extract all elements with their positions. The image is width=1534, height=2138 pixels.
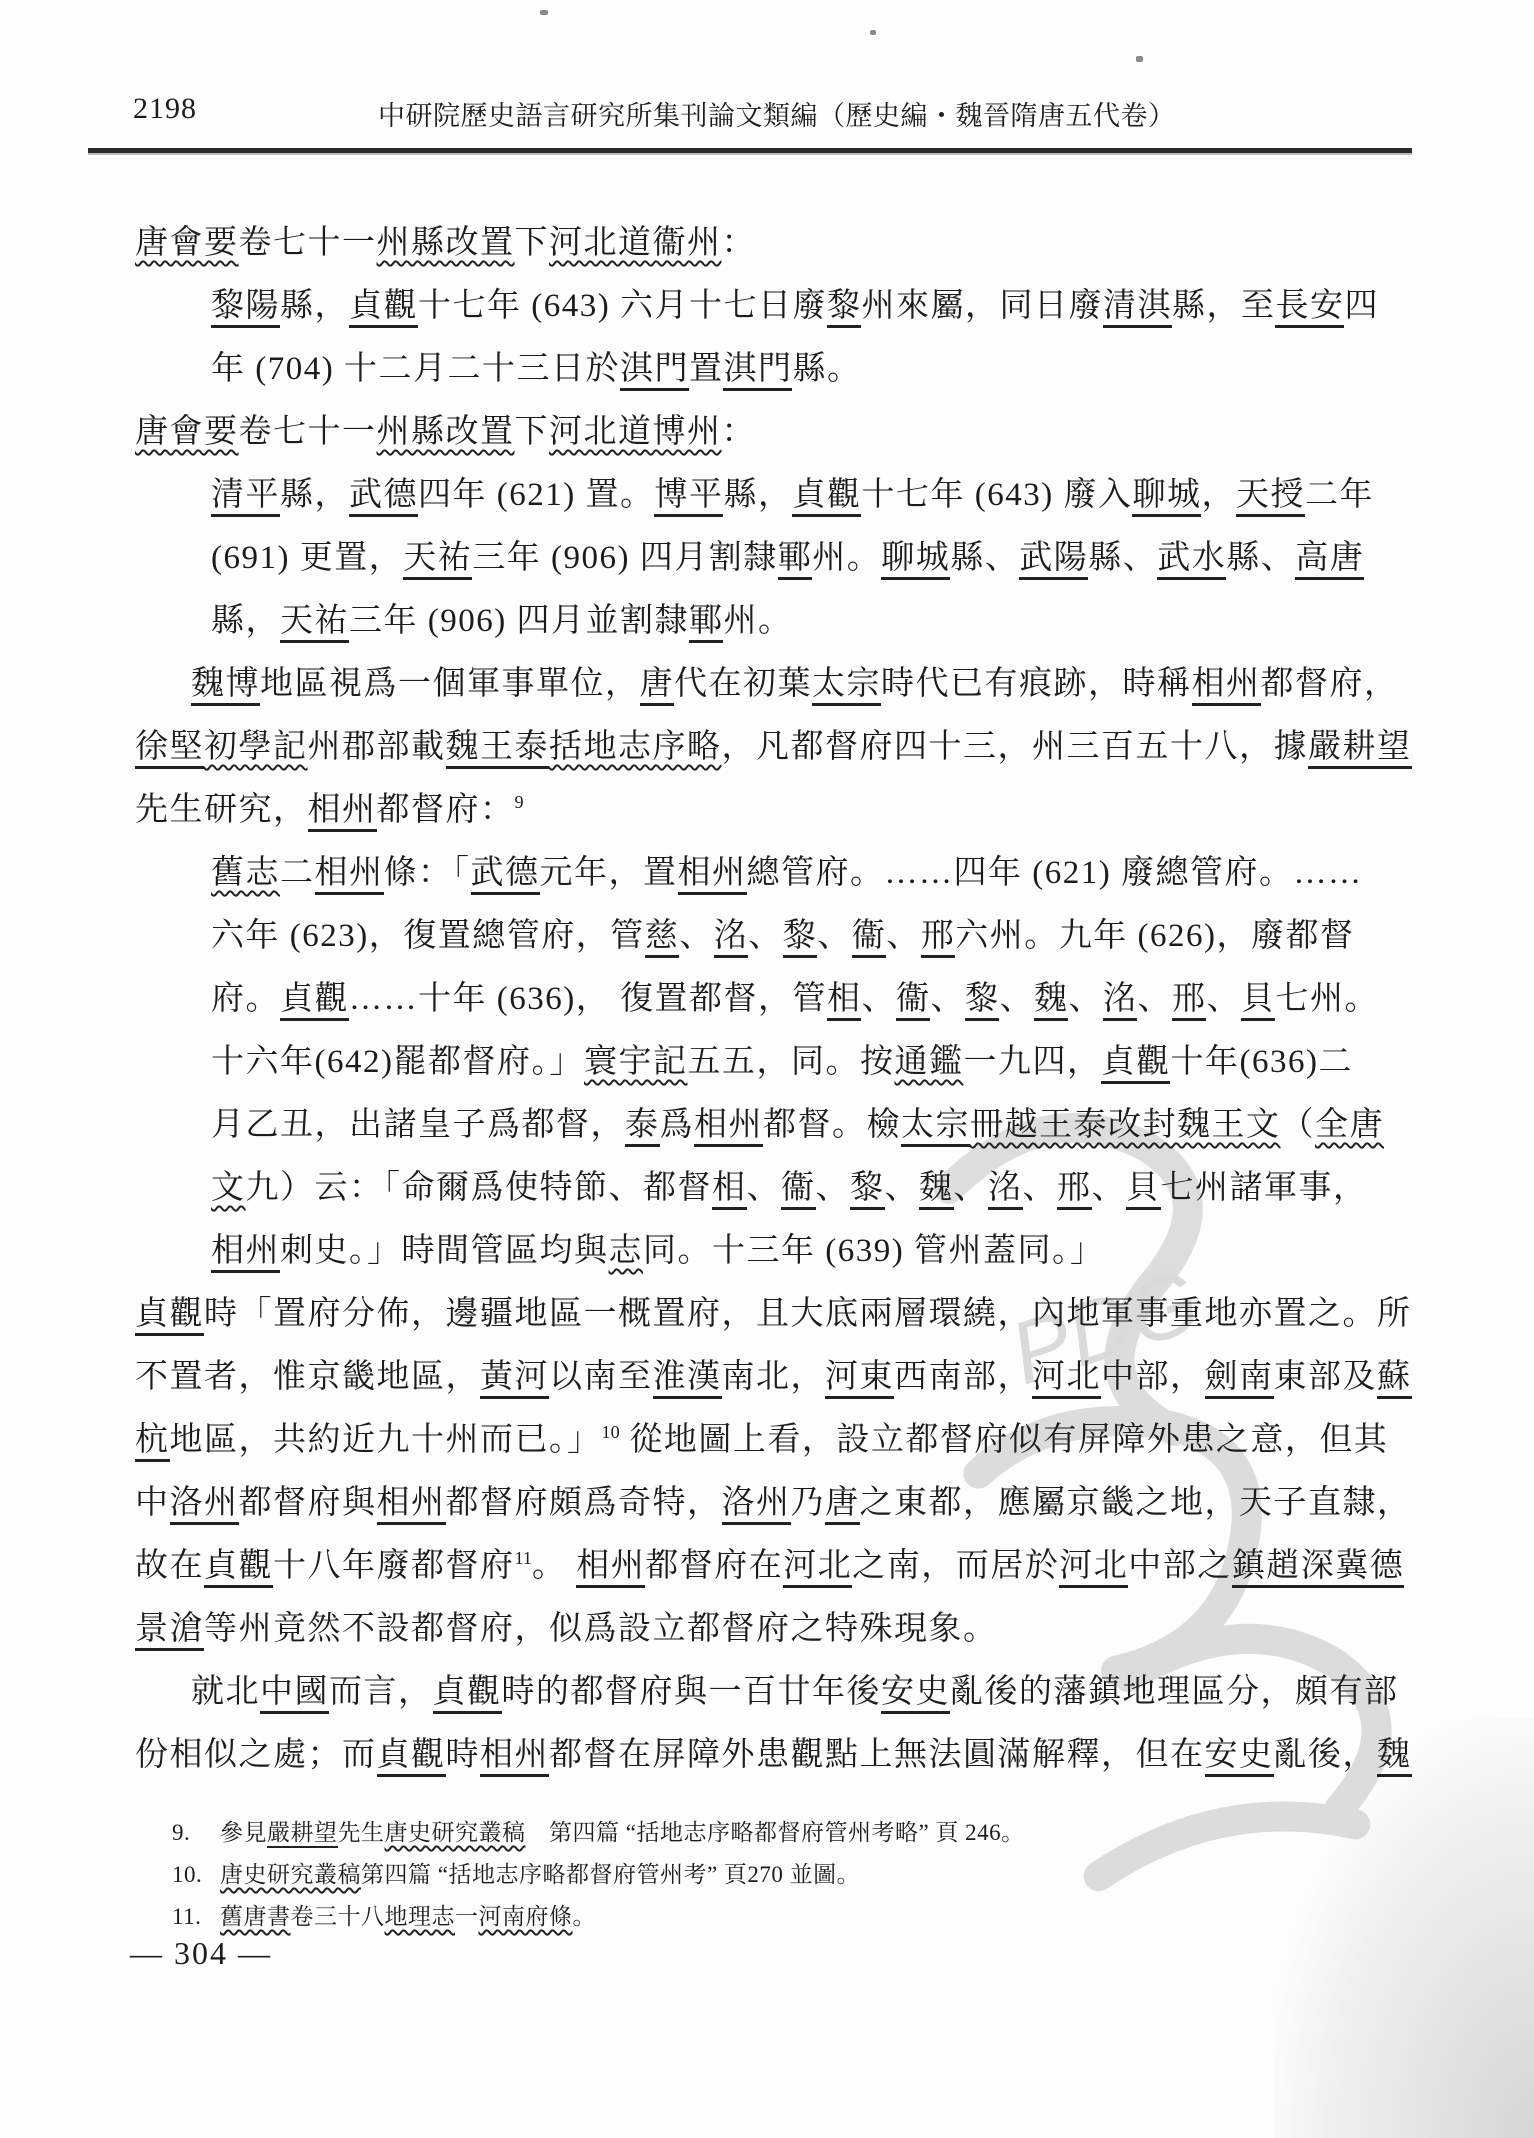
proper-noun: 中國	[260, 1674, 329, 1714]
proper-noun: 舊志	[211, 855, 280, 891]
text-run: 縣、	[950, 540, 1019, 576]
text-line: 魏博地區視爲一個軍事單位，唐代在初葉太宗時代已有痕跡，時稱相州都督府，	[135, 653, 1425, 716]
proper-noun: 博平	[654, 477, 723, 517]
text-run: 亂後的藩鎮地理區分，頗有部	[950, 1674, 1399, 1710]
proper-noun: 邢	[921, 918, 956, 958]
proper-noun: 衞	[781, 1170, 816, 1210]
proper-noun: 通鑑	[894, 1044, 963, 1080]
proper-noun: 寰宇記	[584, 1044, 688, 1080]
proper-noun: 相州	[576, 1548, 645, 1588]
proper-noun: 貞觀	[377, 1737, 446, 1777]
text-run: 縣、	[1226, 540, 1295, 576]
text-run: 等州竟然不設都督府，似爲設立都督府之特殊現象。	[204, 1611, 998, 1647]
footnote-text: 唐史研究叢稿第四篇 “括地志序略都督府管州考” 頁270 並圖。	[220, 1854, 860, 1896]
proper-noun: 清平	[211, 477, 280, 517]
text-run: 縣。	[792, 351, 861, 387]
text-line: 府。貞觀……十年 (636)， 復置都督，管相、衞、黎、魏、洺、邢、貝七州。	[135, 968, 1425, 1031]
text-run: 下	[515, 414, 550, 450]
proper-noun: 貞觀	[1101, 1044, 1170, 1084]
proper-noun: 清淇	[1103, 288, 1172, 328]
journal-title: 中研院歷史語言研究所集刊論文類編（歷史編・魏晉隋唐五代卷）	[378, 94, 1176, 133]
text-line: 杭地區，共約近九十州而已。」10 從地圖上看，設立都督府似有屏障外患之意，但其	[135, 1409, 1425, 1472]
proper-noun: 唐	[640, 666, 675, 706]
proper-noun: 相州	[211, 1233, 280, 1273]
proper-noun: 相州	[308, 792, 377, 832]
text-run: 置	[689, 351, 724, 387]
proper-noun: 貝	[1126, 1170, 1161, 1210]
proper-noun: 洺	[1103, 981, 1138, 1021]
proper-noun: 蘇	[1377, 1359, 1412, 1399]
scan-speck	[870, 30, 876, 35]
proper-noun: 全唐	[1315, 1107, 1384, 1143]
text-run: 亂後，	[1274, 1737, 1378, 1773]
proper-noun: 貞觀	[204, 1548, 273, 1588]
text-run: 、	[954, 1170, 989, 1206]
text-run: 三年 (906) 四月並割隸	[349, 603, 689, 639]
proper-noun: 黎	[827, 288, 862, 328]
text-line: 舊志二相州條：「武德元年，置相州總管府。……四年 (621) 廢總管府。……	[135, 842, 1425, 905]
text-line: 唐會要卷七十一州縣改置下河北道博州：	[135, 401, 1425, 464]
proper-noun: 貞觀	[280, 981, 349, 1021]
text-run: 總管府。……四年 (621) 廢總管府。……	[747, 855, 1363, 891]
text-run: 二年	[1305, 477, 1374, 513]
text-run: 東部及	[1274, 1359, 1378, 1395]
text-run: 刺史。」時間管區均與	[280, 1233, 609, 1269]
proper-noun: 州縣改置	[377, 414, 515, 450]
proper-noun: 文	[211, 1170, 246, 1206]
proper-noun: 武德	[471, 855, 540, 895]
proper-noun: 唐史研究叢稿	[385, 1820, 526, 1845]
proper-noun: 河北	[1059, 1548, 1128, 1588]
proper-noun: 相	[827, 981, 862, 1021]
proper-noun: 舊唐書	[220, 1904, 291, 1929]
text-run: 元年，置	[540, 855, 678, 891]
text-run: 不置者，惟京畿地區，	[135, 1359, 480, 1395]
text-run: 、	[885, 1170, 920, 1206]
proper-noun: 聊城	[1132, 477, 1201, 517]
proper-noun: 衞	[852, 918, 887, 958]
proper-noun: 淇門	[723, 351, 792, 391]
text-run: 、	[748, 918, 783, 954]
footnote-marker: 9	[515, 792, 524, 812]
text-run: ：	[722, 225, 757, 261]
text-run: 同。十三年 (639) 管州蓋同。」	[643, 1233, 1104, 1269]
proper-noun: 唐史研究叢稿	[220, 1862, 361, 1887]
text-run: 爲	[660, 1107, 695, 1143]
text-run: 故在	[135, 1548, 204, 1584]
text-run: 就北	[191, 1674, 260, 1710]
text-run: 都督府，	[1261, 666, 1399, 702]
text-run: 西南部，	[894, 1359, 1032, 1395]
text-run: 都督府在	[645, 1548, 783, 1584]
footnote: 10.唐史研究叢稿第四篇 “括地志序略都督府管州考” 頁270 並圖。	[172, 1854, 1372, 1896]
proper-noun: 初學記	[204, 729, 308, 765]
proper-noun: 劍南	[1205, 1359, 1274, 1399]
text-line: 清平縣，武德四年 (621) 置。博平縣，貞觀十七年 (643) 廢入聊城，天授…	[135, 464, 1425, 527]
text-run: 州。	[812, 540, 881, 576]
text-run: 乃	[791, 1485, 826, 1521]
proper-noun: 黎陽	[211, 288, 280, 328]
text-run: 、	[861, 981, 896, 1017]
text-run: 、	[1206, 981, 1241, 1017]
proper-noun: 相州	[480, 1737, 549, 1777]
proper-noun: 鄆	[778, 540, 813, 580]
proper-noun: 慈	[645, 918, 680, 958]
proper-noun: 貞觀	[349, 288, 418, 328]
text-line: (691) 更置，天祐三年 (906) 四月割隸鄆州。聊城縣、武陽縣、武水縣、高…	[135, 527, 1425, 590]
text-run: 份相似之處；而	[135, 1737, 377, 1773]
proper-noun: 黎	[965, 981, 1000, 1021]
text-run: 四年 (621) 置。	[418, 477, 654, 513]
proper-noun: 鎮趙深冀德	[1232, 1548, 1405, 1588]
text-run: (691) 更置，	[211, 540, 403, 576]
text-run: 。	[573, 1904, 597, 1929]
text-run: ，	[1201, 477, 1236, 513]
text-run: 年 (704) 十二月二十三日於	[211, 351, 620, 387]
text-run: 都督府與	[239, 1485, 377, 1521]
text-run: 月乙丑，出諸皇子爲都督，	[211, 1107, 625, 1143]
proper-noun: 黃河	[480, 1359, 549, 1399]
text-line: 十六年(642)罷都督府。」寰宇記五五，同。按通鑑一九四，貞觀十年(636)二	[135, 1031, 1425, 1094]
text-run: 條：「	[384, 855, 471, 891]
text-run: 府。	[211, 981, 280, 1017]
text-line: 就北中國而言，貞觀時的都督府與一百廿年後安史亂後的藩鎮地理區分，頗有部	[135, 1661, 1425, 1724]
proper-noun: 相州	[694, 1107, 763, 1147]
proper-noun: 邢	[1057, 1170, 1092, 1210]
text-run: 六州。九年 (626)，廢都督	[955, 918, 1354, 954]
text-run: 都督府頗爲奇特，	[446, 1485, 722, 1521]
text-run: 時「置府分佈，邊疆地區一概置府，且大底兩層環繞，內地軍事重地亦置之。所	[204, 1296, 1412, 1332]
text-run: 州。	[723, 603, 792, 639]
proper-noun: 高唐	[1295, 540, 1364, 580]
text-line: 文九）云：「命爾爲使特節、都督相、衞、黎、魏、洺、邢、貝七州諸軍事，	[135, 1157, 1425, 1220]
text-run: 四	[1344, 288, 1379, 324]
text-run: 十年(636)二	[1170, 1044, 1352, 1080]
text-run: 中部之	[1128, 1548, 1232, 1584]
proper-noun: 嚴耕望	[1308, 729, 1412, 769]
text-line: 黎陽縣，貞觀十七年 (643) 六月十七日廢黎州來屬，同日廢清淇縣，至長安四	[135, 275, 1425, 338]
text-line: 貞觀時「置府分佈，邊疆地區一概置府，且大底兩層環繞，內地軍事重地亦置之。所	[135, 1283, 1425, 1346]
proper-noun: 安史	[881, 1674, 950, 1714]
text-run: 之南，而居於	[852, 1548, 1059, 1584]
text-run: 六年 (623)，復置總管府，管	[211, 918, 645, 954]
scan-speck	[540, 10, 548, 15]
text-line: 徐堅初學記州郡部載魏王泰括地志序略，凡都督府四十三，州三百五十八，據嚴耕望	[135, 716, 1425, 779]
text-run: 以南至	[549, 1359, 653, 1395]
proper-noun: 洛州	[722, 1485, 791, 1525]
proper-noun: 河北道衞州	[549, 225, 722, 261]
text-run: 、	[679, 918, 714, 954]
proper-noun: 衞	[896, 981, 931, 1021]
text-line: 六年 (623)，復置總管府，管慈、洺、黎、衞、邢六州。九年 (626)，廢都督	[135, 905, 1425, 968]
text-run: ……十年 (636)， 復置都督，管	[349, 981, 827, 1017]
proper-noun: 天祐	[280, 603, 349, 643]
proper-noun: 州縣改置	[377, 225, 515, 261]
text-run: 一九四，	[963, 1044, 1101, 1080]
proper-noun: 長安	[1275, 288, 1344, 328]
proper-noun: 相州	[377, 1485, 446, 1525]
text-run: 、	[1068, 981, 1103, 1017]
text-run: 時	[446, 1737, 481, 1773]
proper-noun: 杭	[135, 1422, 170, 1462]
proper-noun: 景滄	[135, 1611, 204, 1651]
text-run: 地區視爲一個軍事單位，	[260, 666, 640, 702]
text-run: 州來屬，同日廢	[861, 288, 1103, 324]
scan-speck	[1136, 56, 1143, 62]
proper-noun: 黎	[783, 918, 818, 958]
text-run: （	[1281, 1107, 1316, 1143]
proper-noun: 安史	[1205, 1737, 1274, 1777]
text-run: 卷七十一	[239, 225, 377, 261]
proper-noun: 河北	[1032, 1359, 1101, 1399]
proper-noun: 相州	[678, 855, 747, 895]
text-run: 縣，至	[1172, 288, 1276, 324]
text-run: 十七年 (643) 廢入	[861, 477, 1132, 513]
proper-noun: 唐	[825, 1485, 860, 1525]
proper-noun: 冊越王泰改封魏王文	[970, 1107, 1281, 1143]
proper-noun: 貞觀	[433, 1674, 502, 1714]
text-run: 十七年 (643) 六月十七日廢	[418, 288, 827, 324]
text-line: 先生研究，相州都督府：9	[135, 779, 1425, 842]
text-line: 中洛州都督府與相州都督府頗爲奇特，洛州乃唐之東都，應屬京畿之地，天子直隸，	[135, 1472, 1425, 1535]
text-run: 二	[280, 855, 315, 891]
text-line: 不置者，惟京畿地區，黃河以南至淮漢南北，河東西南部，河北中部，劍南東部及蘇	[135, 1346, 1425, 1409]
proper-noun: 洺	[714, 918, 749, 958]
text-line: 相州刺史。」時間管區均與志同。十三年 (639) 管州蓋同。」	[135, 1220, 1425, 1283]
proper-noun: 地理志	[385, 1904, 456, 1929]
text-run: 而言，	[329, 1674, 433, 1710]
proper-noun: 括地志序略	[549, 729, 722, 765]
text-run: 一	[455, 1904, 479, 1929]
footnote-text: 參見嚴耕望先生唐史研究叢稿 第四篇 “括地志序略都督府管州考略” 頁 246。	[220, 1812, 1025, 1854]
proper-noun: 魏	[919, 1170, 954, 1210]
text-run: ，凡都督府四十三，州三百五十八，據	[722, 729, 1309, 765]
text-run: 下	[515, 225, 550, 261]
proper-noun: 徐堅	[135, 729, 204, 769]
text-run: 州郡部載	[308, 729, 446, 765]
text-run: 、	[999, 981, 1034, 1017]
text-run: 都督在屏障外患觀點上無法圓滿解釋，但在	[549, 1737, 1205, 1773]
text-run: 九）云：「命爾爲使特節、都督	[246, 1170, 713, 1206]
text-run: 三年 (906) 四月割隸	[472, 540, 777, 576]
proper-noun: 魏王泰	[446, 729, 550, 769]
text-run: 第四篇 “括地志序略都督府管州考略” 頁 246。	[526, 1820, 1025, 1845]
text-run: 七州。	[1275, 981, 1379, 1017]
text-run: 、	[817, 918, 852, 954]
proper-noun: 聊城	[881, 540, 950, 580]
text-run: 先生研究，	[135, 792, 308, 828]
text-run: 縣，	[211, 603, 280, 639]
proper-noun: 河北	[783, 1548, 852, 1588]
footnote-text: 舊唐書卷三十八地理志一河南府條。	[220, 1896, 596, 1938]
footnote-number: 9.	[172, 1812, 220, 1854]
text-run: 南北，	[722, 1359, 826, 1395]
text-run: 縣，	[723, 477, 792, 513]
text-run: 時代已有痕跡，時稱	[881, 666, 1192, 702]
proper-noun: 魏	[1034, 981, 1069, 1021]
text-run: 、	[1092, 1170, 1127, 1206]
proper-noun: 河南府條	[479, 1904, 573, 1929]
proper-noun: 貝	[1241, 981, 1276, 1021]
proper-noun: 淮漢	[653, 1359, 722, 1399]
text-run: 都督。檢	[763, 1107, 901, 1143]
proper-noun: 志	[609, 1233, 644, 1269]
text-run: 七州諸軍事，	[1161, 1170, 1368, 1206]
proper-noun: 鄆	[689, 603, 724, 643]
footnote-number: 11.	[172, 1896, 220, 1938]
page-number: — 304 —	[130, 1935, 272, 1972]
text-run: 地區，共約近九十州而已。」	[170, 1422, 602, 1458]
proper-noun: 相州	[315, 855, 384, 895]
footnotes: 9.參見嚴耕望先生唐史研究叢稿 第四篇 “括地志序略都督府管州考略” 頁 246…	[172, 1812, 1372, 1938]
footnote-marker: 10	[602, 1422, 620, 1442]
proper-noun: 天授	[1236, 477, 1305, 517]
proper-noun: 泰	[625, 1107, 660, 1147]
proper-noun: 唐會要	[135, 414, 239, 450]
page-header: 2198 中研院歷史語言研究所集刊論文類編（歷史編・魏晉隋唐五代卷）	[0, 92, 1534, 132]
text-run: 十六年(642)罷都督府。」	[211, 1044, 584, 1080]
header-rule	[88, 148, 1412, 153]
text-run: 五五，同。按	[687, 1044, 894, 1080]
footnote: 9.參見嚴耕望先生唐史研究叢稿 第四篇 “括地志序略都督府管州考略” 頁 246…	[172, 1812, 1372, 1854]
text-run: 、	[886, 918, 921, 954]
text-line: 份相似之處；而貞觀時相州都督在屏障外患觀點上無法圓滿解釋，但在安史亂後，魏	[135, 1724, 1425, 1787]
text-line: 縣，天祐三年 (906) 四月並割隸鄆州。	[135, 590, 1425, 653]
text-line: 月乙丑，出諸皇子爲都督，泰爲相州都督。檢太宗冊越王泰改封魏王文（全唐	[135, 1094, 1425, 1157]
text-run: 時的都督府與一百廿年後	[502, 1674, 882, 1710]
text-run: 代在初葉	[674, 666, 812, 702]
proper-noun: 唐會要	[135, 225, 239, 261]
footnote: 11.舊唐書卷三十八地理志一河南府條。	[172, 1896, 1372, 1938]
proper-noun: 貞觀	[792, 477, 861, 517]
proper-noun: 太宗	[812, 666, 881, 706]
text-run: 縣，	[280, 477, 349, 513]
text-run: 中部，	[1101, 1359, 1205, 1395]
text-run: ：	[722, 414, 757, 450]
proper-noun: 淇門	[620, 351, 689, 391]
text-run: 、	[1023, 1170, 1058, 1206]
proper-noun: 河東	[825, 1359, 894, 1399]
text-run: 之東都，應屬京畿之地，天子直隸，	[860, 1485, 1412, 1521]
text-run: 第四篇 “括地志序略都督府管州考” 頁270 並圖。	[361, 1862, 860, 1887]
proper-noun: 魏博	[191, 666, 260, 706]
proper-noun: 洛州	[170, 1485, 239, 1525]
text-run: 先生	[338, 1820, 385, 1845]
proper-noun: 邢	[1172, 981, 1207, 1021]
text-run: 、	[930, 981, 965, 1017]
proper-noun: 河北道博州	[549, 414, 722, 450]
text-run: 、	[816, 1170, 851, 1206]
footnote-marker: 11	[515, 1548, 532, 1568]
text-line: 景滄等州竟然不設都督府，似爲設立都督府之特殊現象。	[135, 1598, 1425, 1661]
proper-noun: 貞觀	[135, 1296, 204, 1336]
proper-noun: 太宗	[901, 1107, 970, 1147]
text-run: 縣，	[280, 288, 349, 324]
text-line: 唐會要卷七十一州縣改置下河北道衞州：	[135, 212, 1425, 275]
document-body: 唐會要卷七十一州縣改置下河北道衞州：黎陽縣，貞觀十七年 (643) 六月十七日廢…	[135, 212, 1425, 1787]
proper-noun: 相州	[1192, 666, 1261, 706]
footnote-number: 10.	[172, 1854, 220, 1896]
proper-noun: 魏	[1377, 1737, 1412, 1777]
text-run: 從地圖上看，設立都督府似有屏障外患之意，但其	[620, 1422, 1389, 1458]
proper-noun: 黎	[850, 1170, 885, 1210]
text-run: 、	[747, 1170, 782, 1206]
proper-noun: 嚴耕望	[267, 1820, 338, 1848]
proper-noun: 武德	[349, 477, 418, 517]
text-run: 縣、	[1088, 540, 1157, 576]
text-run: 十八年廢都督府	[273, 1548, 515, 1584]
proper-noun: 洺	[988, 1170, 1023, 1210]
proper-noun: 天祐	[403, 540, 472, 580]
text-line: 故在貞觀十八年廢都督府11。 相州都督府在河北之南，而居於河北中部之鎮趙深冀德	[135, 1535, 1425, 1598]
text-run: 。	[532, 1548, 576, 1584]
text-run: 中	[135, 1485, 170, 1521]
text-run: 卷三十八	[291, 1904, 385, 1929]
proper-noun: 武陽	[1019, 540, 1088, 580]
text-line: 年 (704) 十二月二十三日於淇門置淇門縣。	[135, 338, 1425, 401]
folio-number: 2198	[133, 92, 197, 126]
proper-noun: 武水	[1157, 540, 1226, 580]
text-run: 參見	[220, 1820, 267, 1845]
proper-noun: 相	[712, 1170, 747, 1210]
text-run: 都督府：	[377, 792, 515, 828]
text-run: 、	[1137, 981, 1172, 1017]
text-run: 卷七十一	[239, 414, 377, 450]
